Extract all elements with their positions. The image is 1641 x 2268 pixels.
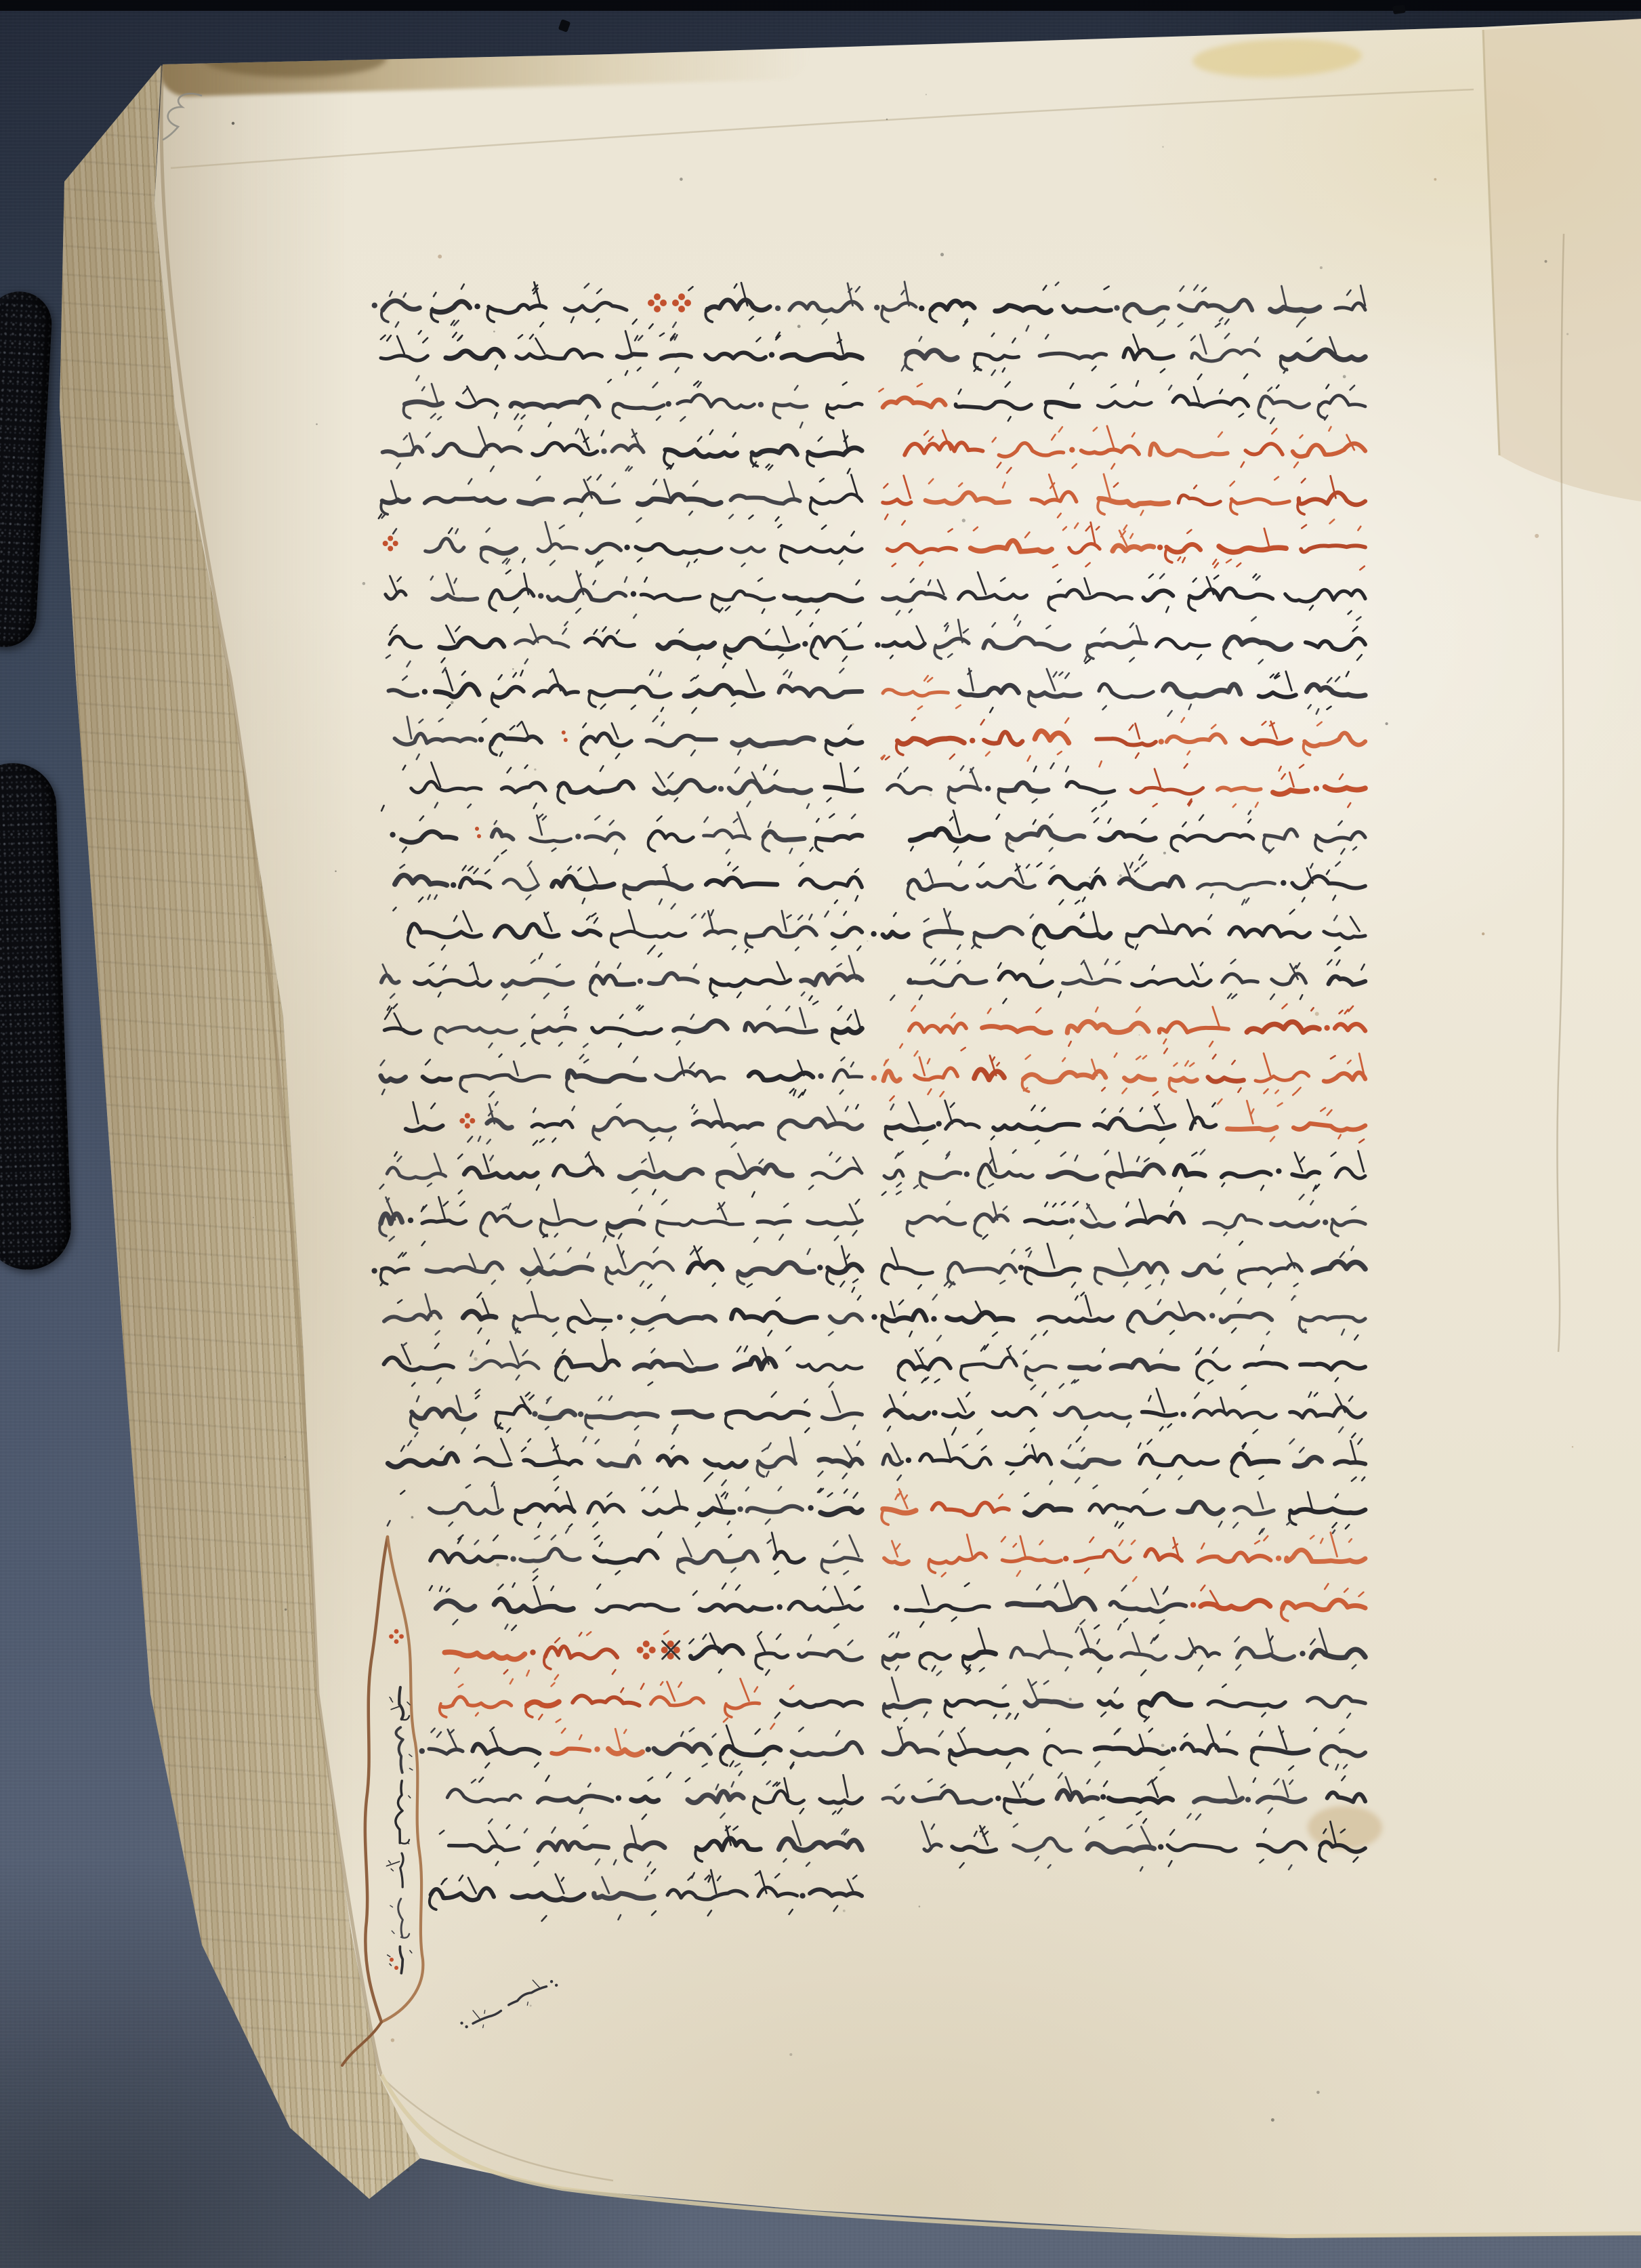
text-line — [883, 1773, 1365, 1823]
text-line — [885, 1388, 1365, 1437]
text-line — [384, 1340, 862, 1387]
text-line — [379, 1197, 862, 1245]
text-line — [879, 381, 1365, 424]
text-line — [404, 379, 862, 428]
text-line — [388, 1485, 862, 1533]
text-line — [395, 716, 863, 760]
text-line — [882, 1148, 1365, 1199]
text-line — [381, 956, 862, 1005]
text-column-right — [871, 282, 1365, 1871]
text-line — [386, 570, 862, 617]
text-line — [884, 1725, 1365, 1770]
text-line — [381, 1054, 862, 1098]
text-line — [905, 426, 1365, 473]
text-line — [388, 1437, 862, 1487]
text-line — [440, 1678, 862, 1729]
text-line — [874, 282, 1365, 331]
text-line — [383, 522, 862, 566]
text-line — [411, 1390, 862, 1437]
text-line — [381, 331, 862, 380]
text-line — [900, 1004, 1365, 1054]
text-line — [888, 522, 1365, 570]
text-line — [881, 718, 1366, 767]
text-line — [380, 1152, 862, 1197]
text-line — [386, 622, 862, 668]
text-line — [430, 1869, 862, 1921]
text-line — [884, 1678, 1365, 1722]
text-line — [871, 1292, 1365, 1340]
text-line — [883, 474, 1365, 525]
text-line — [921, 1821, 1365, 1871]
text-column-left — [371, 282, 862, 1921]
marginal-note — [342, 1537, 423, 2065]
text-line — [419, 1725, 862, 1775]
text-line — [883, 1628, 1366, 1675]
text-line — [384, 1292, 862, 1336]
text-line — [888, 763, 1365, 811]
text-line — [871, 1051, 1365, 1100]
text-line — [372, 282, 862, 328]
folio-pencil-mark — [163, 94, 234, 140]
text-line — [907, 1199, 1366, 1245]
text-line — [395, 861, 862, 909]
text-line — [886, 1099, 1366, 1144]
text-line — [430, 1532, 862, 1580]
text-line — [881, 1485, 1365, 1534]
ink-layer — [0, 0, 1641, 2268]
text-line — [447, 1773, 862, 1823]
text-line — [883, 669, 1365, 716]
text-line — [883, 1437, 1365, 1485]
text-line — [385, 1004, 863, 1048]
paper-specks — [253, 94, 1573, 2172]
text-line — [911, 810, 1365, 860]
text-line — [440, 1821, 862, 1866]
text-line — [881, 1243, 1365, 1294]
text-line — [890, 959, 1365, 1004]
text-line — [371, 1245, 862, 1292]
text-line — [908, 861, 1366, 905]
text-line — [383, 426, 862, 473]
text-line — [379, 475, 862, 522]
catchword — [457, 1971, 560, 2036]
text-line — [902, 333, 1365, 379]
text-line — [894, 1581, 1365, 1632]
text-line — [883, 573, 1365, 621]
text-line — [381, 762, 862, 810]
photo-backdrop — [0, 0, 1641, 2268]
text-line — [444, 1631, 862, 1680]
text-line — [871, 909, 1365, 951]
text-line — [898, 1344, 1366, 1389]
text-line — [430, 1583, 862, 1630]
text-line — [875, 619, 1365, 663]
text-line — [389, 668, 862, 714]
text-line — [393, 907, 862, 958]
page-edges — [161, 66, 1641, 2236]
text-line — [390, 812, 862, 861]
marginal-note-text — [387, 1687, 413, 1973]
text-line — [406, 1100, 862, 1147]
text-line — [884, 1533, 1365, 1582]
